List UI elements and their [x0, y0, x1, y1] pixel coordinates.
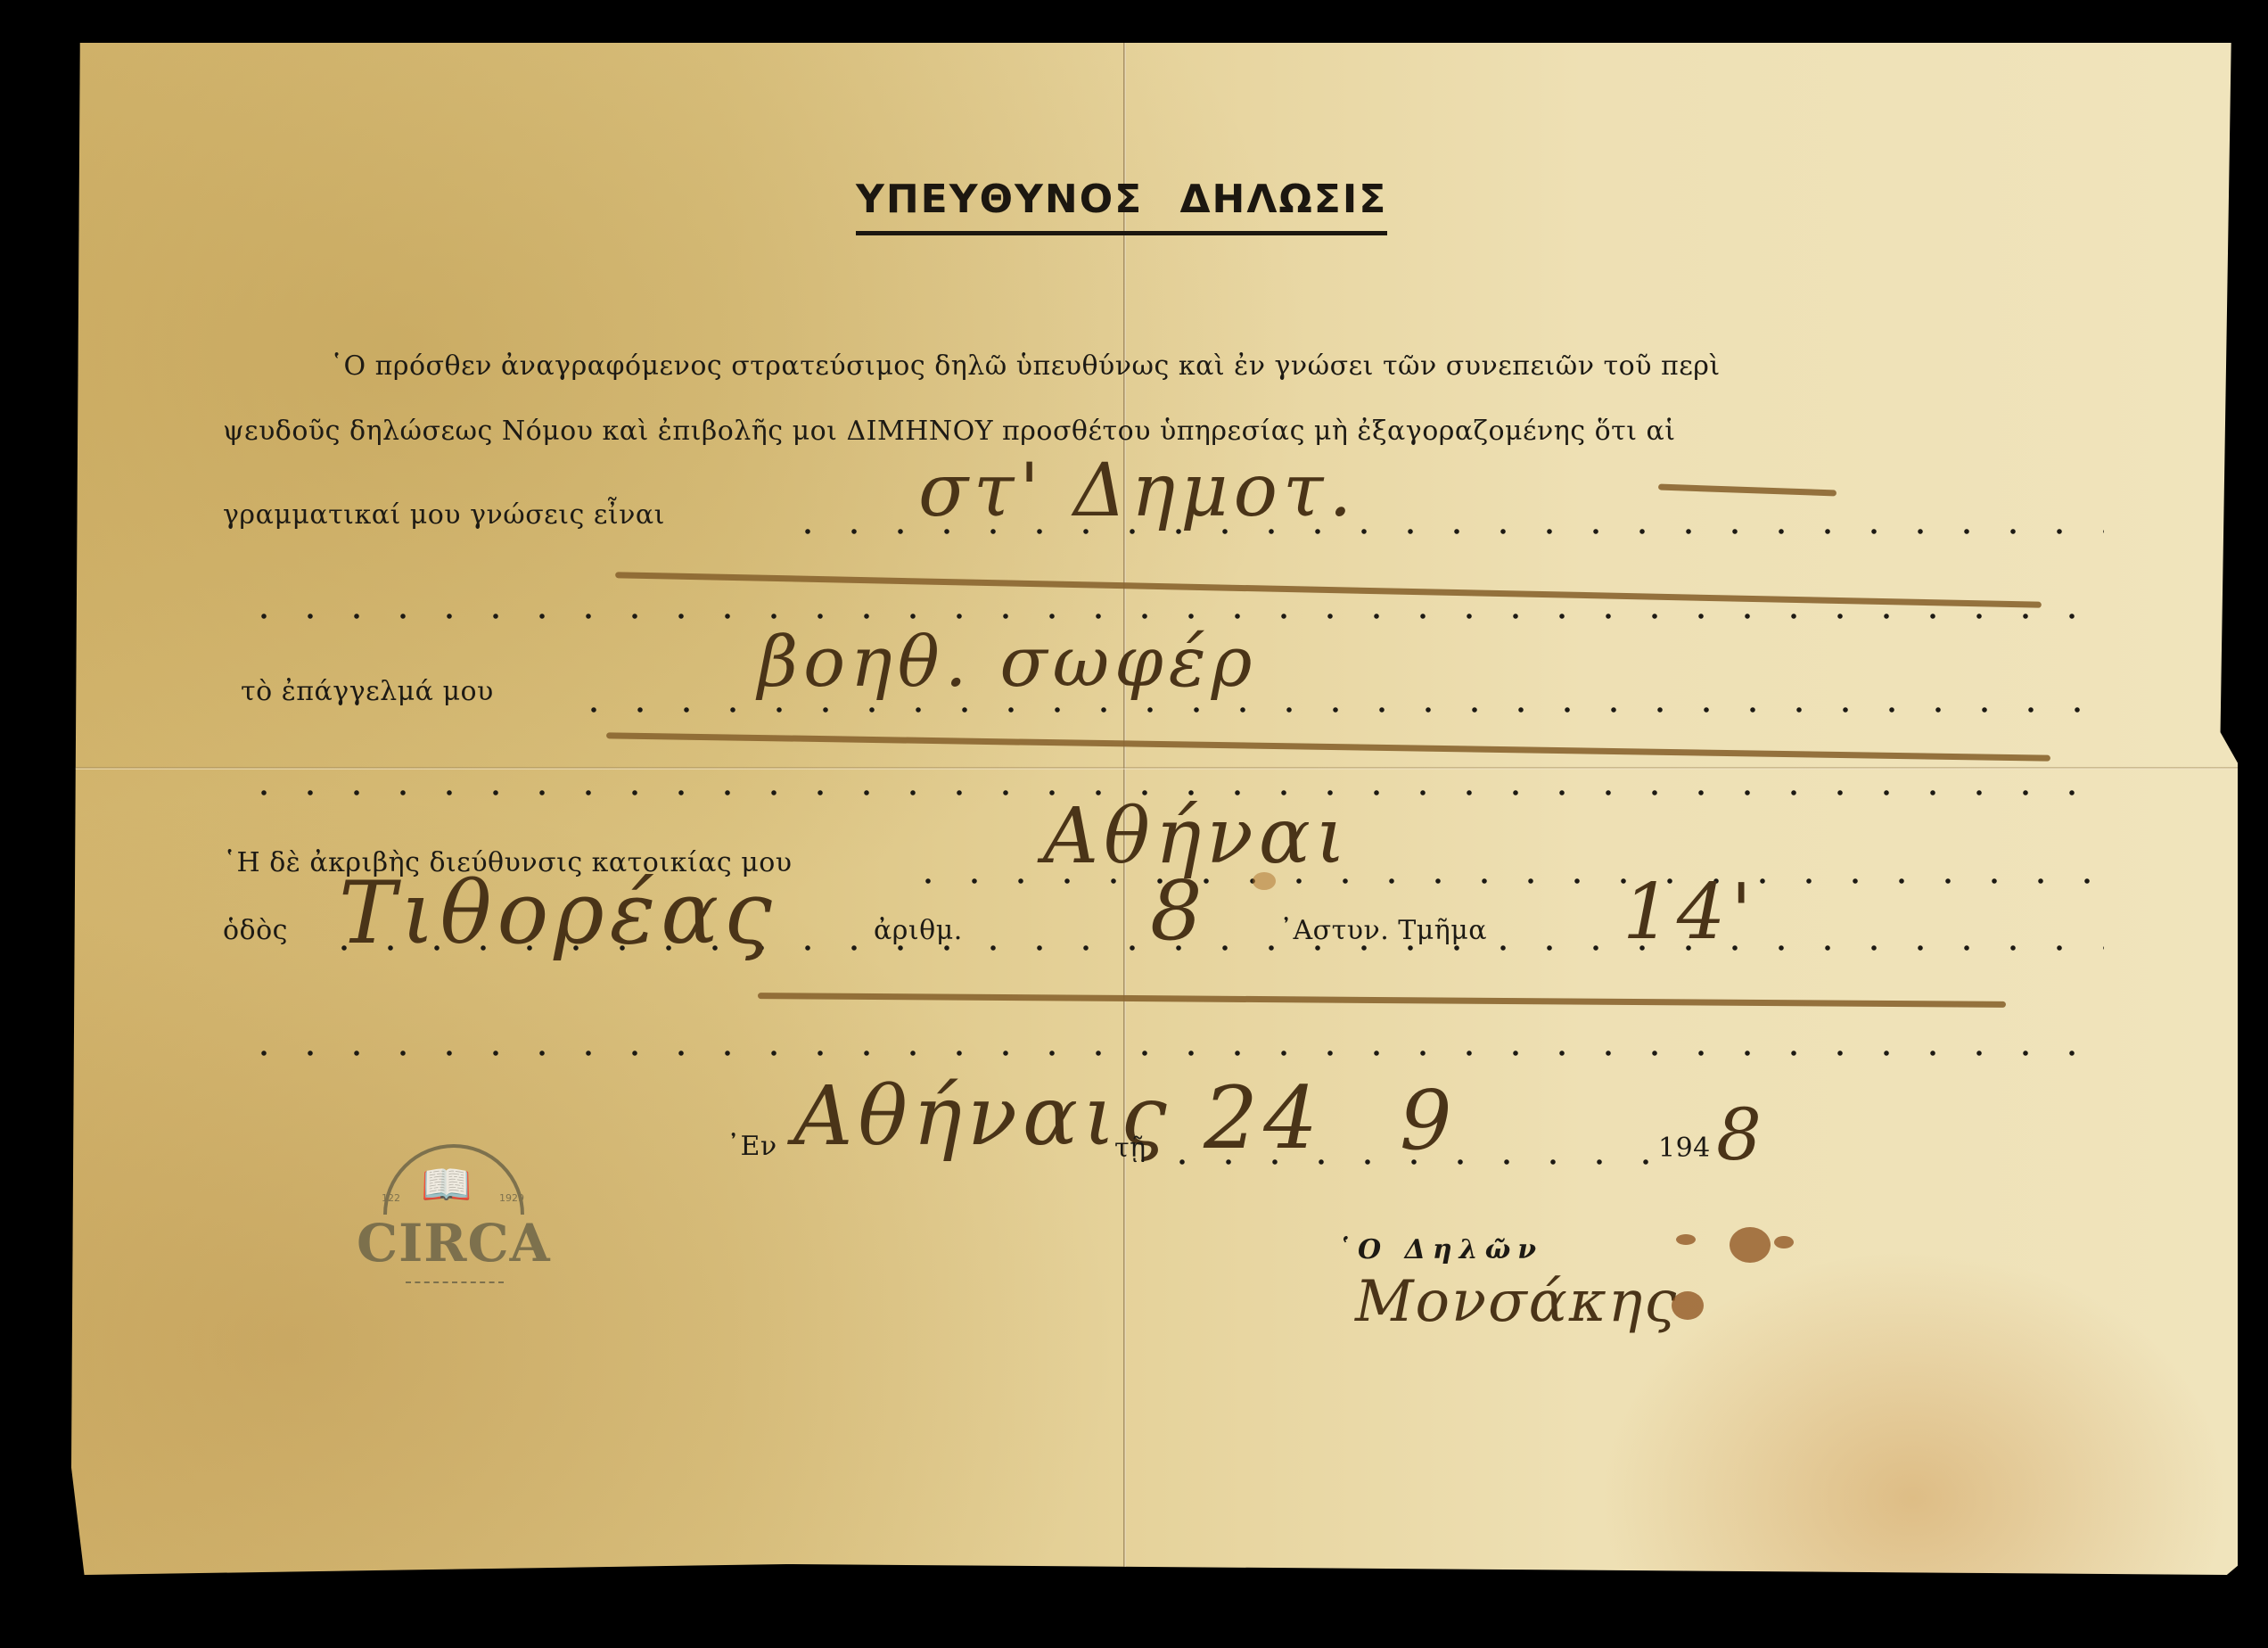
ink-stroke [758, 993, 2006, 1008]
date-article: τῇ [1114, 1133, 1146, 1164]
date-prefix: ᾿Εν [727, 1131, 777, 1162]
logo-rule [406, 1281, 504, 1283]
street-label: ὁδὸς [223, 915, 288, 946]
ink-stain [1730, 1227, 1771, 1263]
ink-stain [1253, 872, 1276, 890]
number-label: ἀριθμ. [874, 915, 963, 946]
occupation-label: τὸ ἐπάγγελμά μου [241, 676, 494, 707]
occupation-value: βοηθ. σωφέρ [758, 622, 1258, 703]
education-label: γραμματικαί μου γνώσεις εἶναι [223, 499, 665, 531]
body-line-2: ψευδοῦς δηλώσεως Νόμου καὶ ἐπιβολῆς μοι … [223, 416, 1676, 447]
ink-stroke [615, 572, 2042, 608]
logo-year-right: 1929 [499, 1192, 524, 1204]
education-value: στ' Δημοτ. [918, 449, 1357, 533]
open-book-icon: 📖 [421, 1164, 472, 1205]
signature: Μονσάκης [1355, 1269, 1678, 1335]
ink-stain [1774, 1236, 1794, 1248]
dotted-line [241, 614, 2104, 619]
signature-label: ῾Ο Δηλῶν [1337, 1234, 1543, 1265]
ink-stroke [1658, 484, 1837, 497]
date-day: 24 [1204, 1068, 1323, 1168]
body-line-1: ῾Ο πρόσθεν ἀναγραφόμενος στρατεύσιμος δη… [330, 350, 1721, 382]
police-dept-label: ᾿Αστυν. Τμῆμα [1279, 915, 1487, 946]
document-paper: ΥΠΕΥΘΥΝΟΣ ΔΗΛΩΣΙΣ ῾Ο πρόσθεν ἀναγραφόμεν… [71, 43, 2238, 1575]
date-year-handwritten: 8 [1716, 1093, 1767, 1176]
ink-stain [1676, 1234, 1696, 1245]
ink-stroke [606, 732, 2050, 761]
circa-watermark: 📖 122 1929 CIRCA [357, 1137, 544, 1315]
police-dept-value: 14' [1623, 868, 1757, 957]
dotted-line [571, 707, 2104, 713]
logo-year-left: 122 [382, 1192, 400, 1204]
document-title: ΥΠΕΥΘΥΝΟΣ ΔΗΛΩΣΙΣ [856, 177, 1387, 235]
date-month: 9 [1400, 1073, 1458, 1168]
ink-stain [1672, 1291, 1704, 1320]
dotted-line [241, 1051, 2104, 1056]
date-year-printed: 194 [1658, 1133, 1711, 1164]
street-value: Τιθορέας [339, 863, 777, 963]
number-value: 8 [1150, 863, 1208, 959]
logo-brand: CIRCA [357, 1213, 544, 1273]
